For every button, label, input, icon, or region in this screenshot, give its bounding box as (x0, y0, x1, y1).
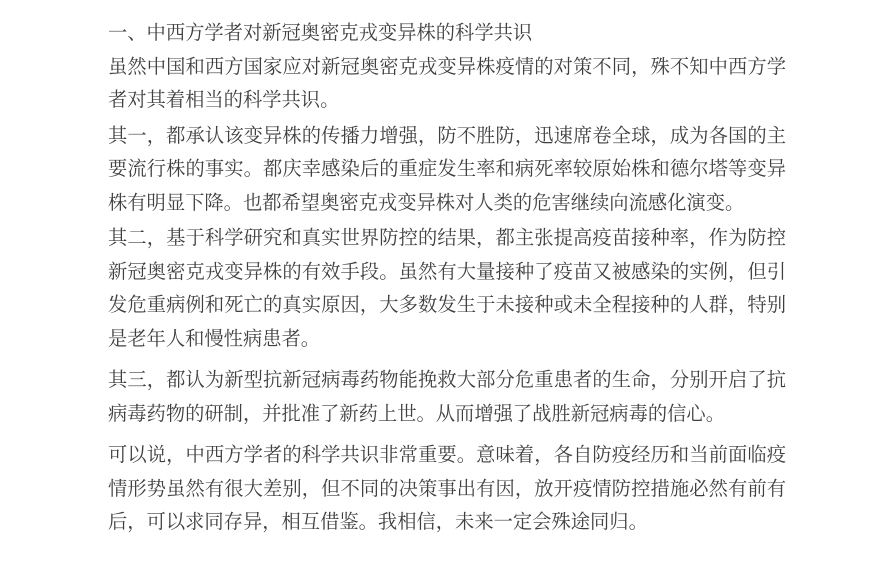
paragraph-point-2: 其二，基于科学研究和真实世界防控的结果，都主张提高疫苗接种率，作为防控新冠奥密克… (108, 222, 786, 356)
paragraph-conclusion: 可以说，中西方学者的科学共识非常重要。意味着，各自防疫经历和当前面临疫情形势虽然… (108, 439, 786, 540)
paragraph-point-1: 其一，都承认该变异株的传播力增强，防不胜防，迅速席卷全球，成为各国的主要流行株的… (108, 120, 786, 221)
document-page: 一、中西方学者对新冠奥密克戎变异株的科学共识 虽然中国和西方国家应对新冠奥密克戎… (0, 0, 890, 570)
document-heading: 一、中西方学者对新冠奥密克戎变异株的科学共识 (108, 17, 786, 51)
paragraph-point-3: 其三，都认为新型抗新冠病毒药物能挽救大部分危重患者的生命，分别开启了抗病毒药物的… (108, 364, 786, 431)
paragraph-intro: 虽然中国和西方国家应对新冠奥密克戎变异株疫情的对策不同，殊不知中西方学者对其着相… (108, 51, 786, 118)
document-content: 一、中西方学者对新冠奥密克戎变异株的科学共识 虽然中国和西方国家应对新冠奥密克戎… (108, 17, 786, 540)
